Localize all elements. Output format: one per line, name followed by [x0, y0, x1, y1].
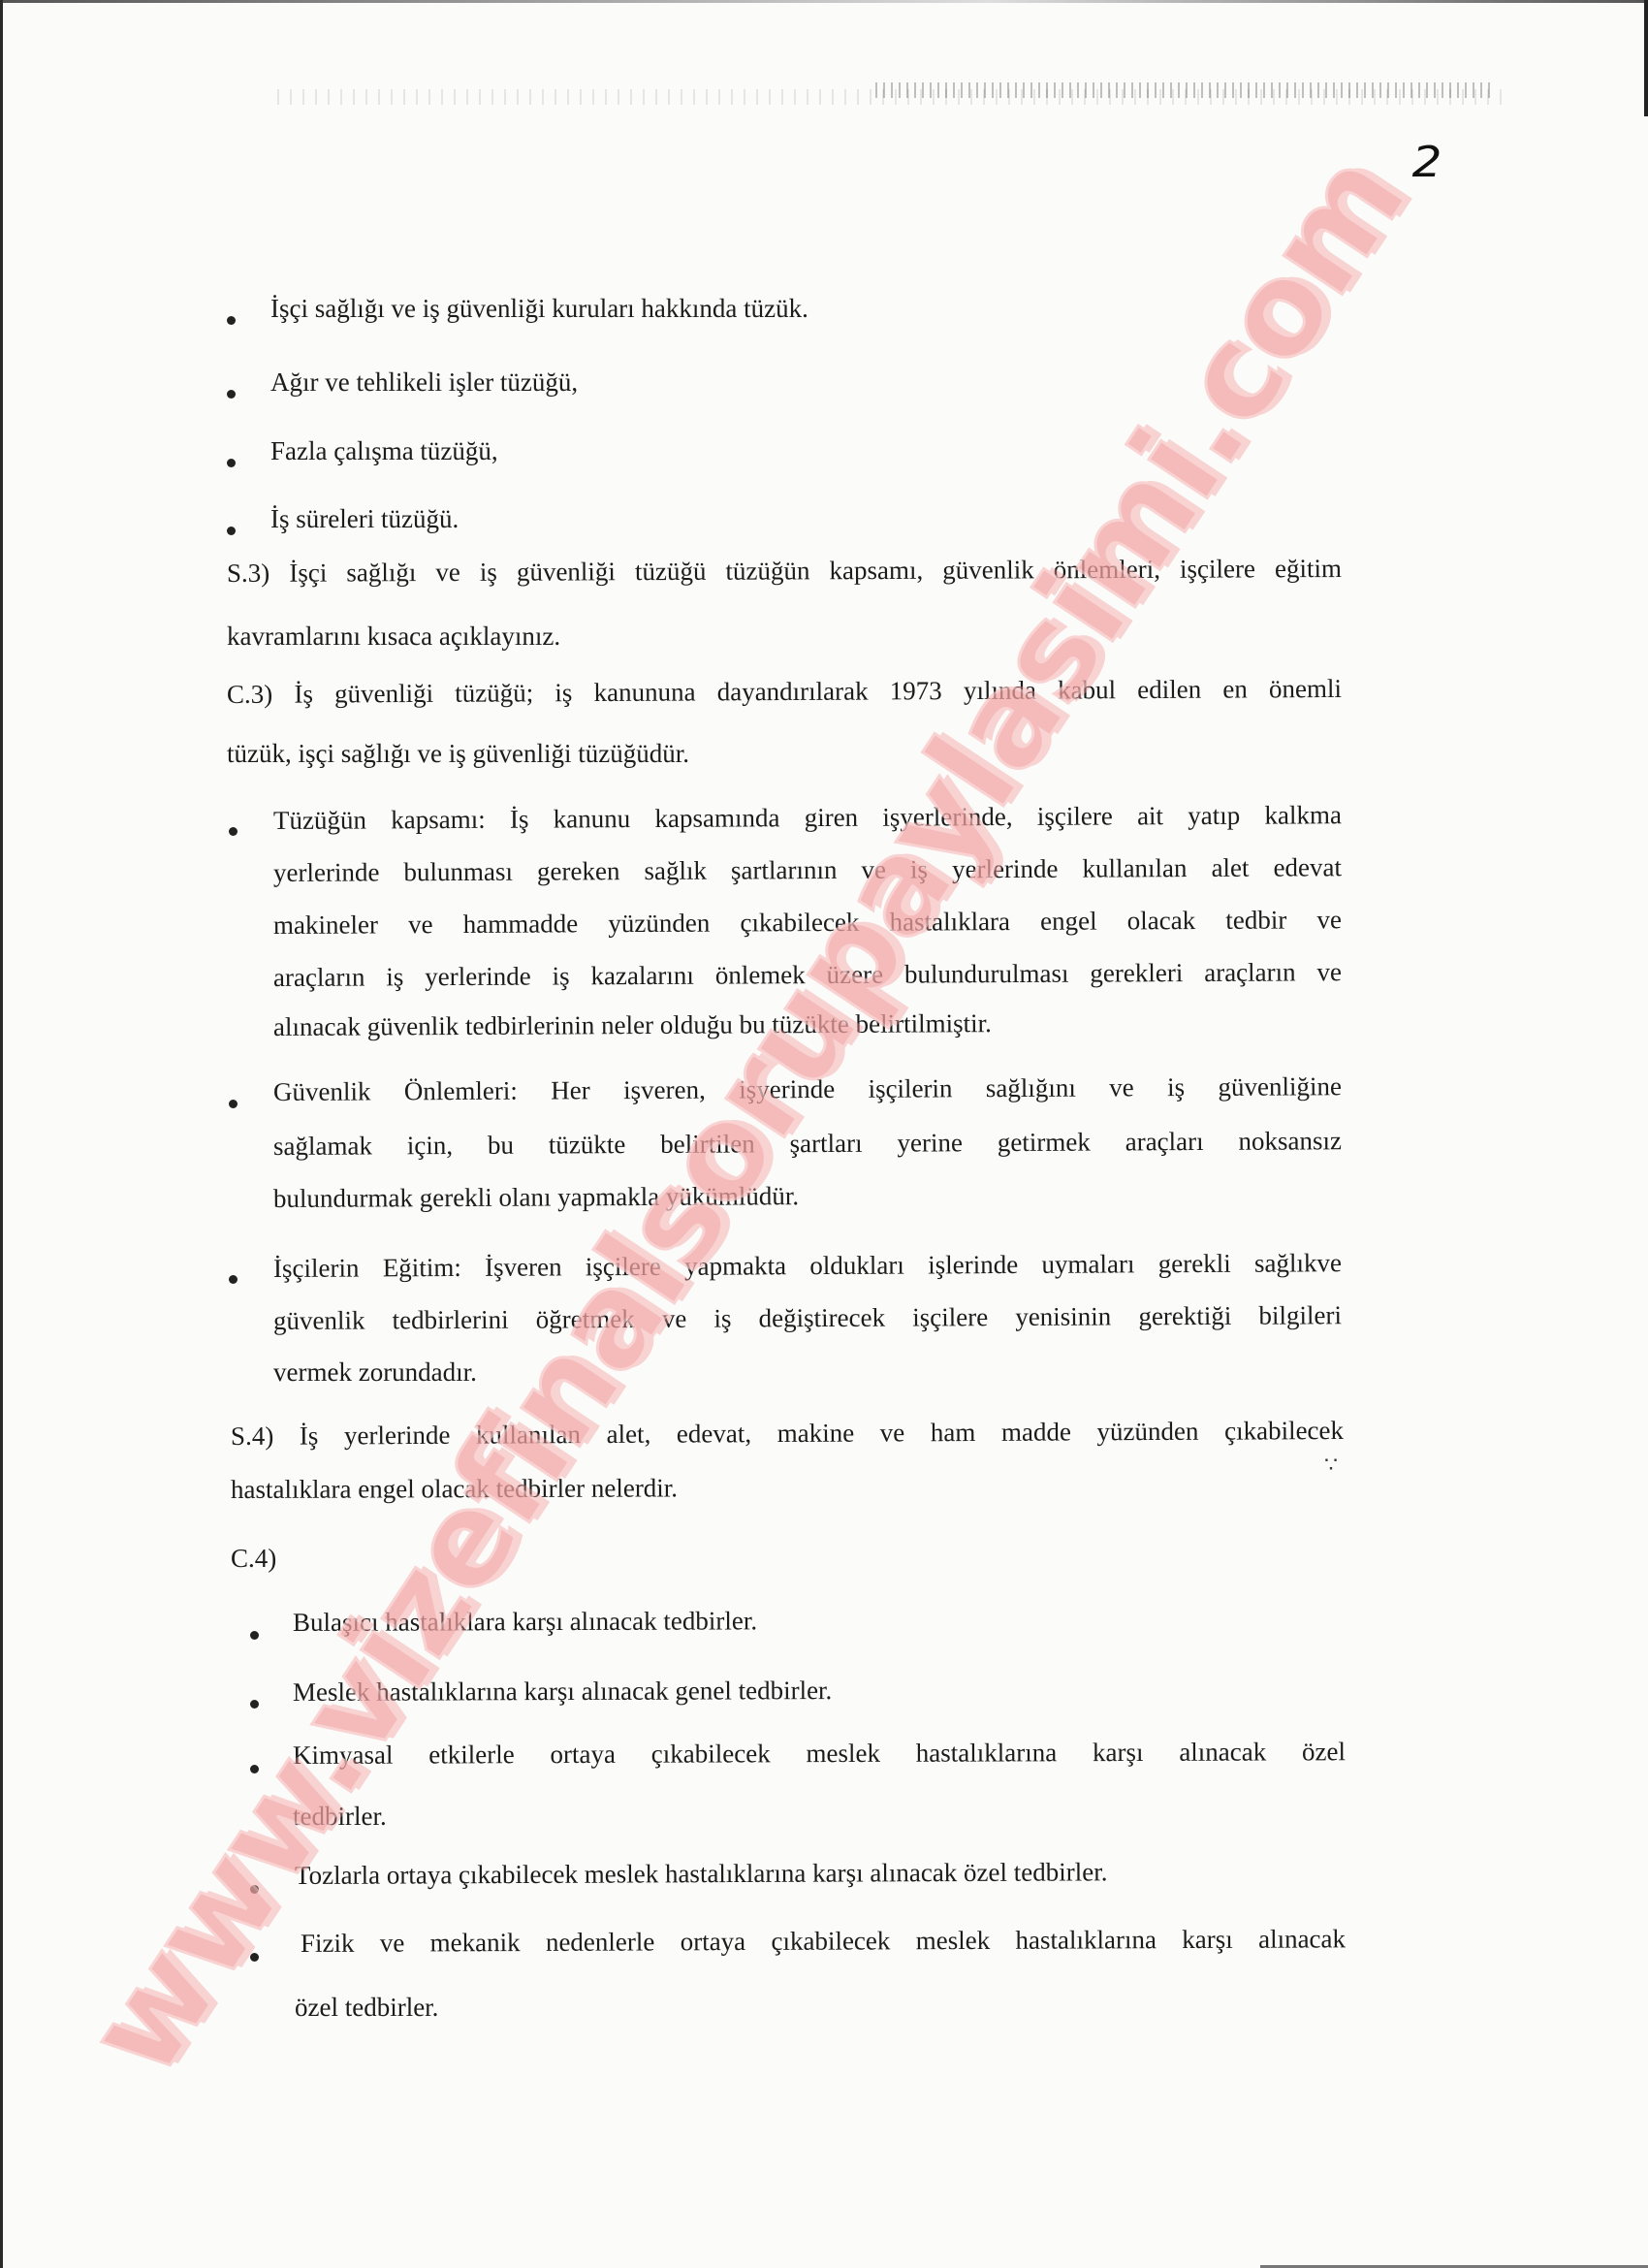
intro-list-item: İşçi sağlığı ve iş güvenliği kuruları ha… [270, 293, 808, 324]
bullet-dot [227, 316, 236, 325]
bullet-dot [227, 459, 236, 467]
answer-4-list-item: tedbirler. [293, 1801, 387, 1832]
bullet-text-line: İşçilerin Eğitim: İşveren işçilere yapma… [273, 1247, 1342, 1284]
bullet-dot [250, 1953, 259, 1962]
handwritten-page-number: 2 [1412, 138, 1442, 187]
intro-list-item: İş süreleri tüzüğü. [270, 503, 459, 534]
bullet-dot [227, 527, 236, 535]
question-3-text-line: kavramlarını kısaca açıklayınız. [227, 621, 560, 652]
bullet-text-line: bulundurmak gerekli olanı yapmakla yüküm… [273, 1180, 799, 1214]
bullet-dot [250, 1765, 259, 1773]
bullet-text-line: yerlerinde bulunması gereken sağlık şart… [273, 851, 1342, 888]
answer-3-text-line: C.3) İş güvenliği tüzüğü; iş kanununa da… [227, 673, 1342, 710]
faded-header-artifact-dark [872, 82, 1493, 98]
answer-4-label: C.4) [231, 1543, 276, 1574]
bullet-dot [229, 1100, 238, 1108]
bullet-text-line: Güvenlik Önlemleri: Her işveren, işyerin… [273, 1070, 1342, 1107]
answer-4-list-item: özel tedbirler. [295, 1992, 438, 2023]
bullet-text-line: güvenlik tedbirlerini öğretmek ve iş değ… [273, 1299, 1342, 1336]
answer-3-text-line: tüzük, işçi sağlığı ve iş güvenliği tüzü… [227, 738, 689, 769]
answer-4-list-item: Fizik ve mekanik nedenlerle ortaya çıkab… [301, 1923, 1346, 1959]
question-4-text-line: S.4) İş yerlerinde kullanılan alet, edev… [231, 1415, 1344, 1452]
bullet-text-line: alınacak güvenlik tedbirlerinin neler ol… [273, 1007, 992, 1042]
bullet-dot [250, 1885, 259, 1894]
bullet-text-line: makineler ve hammadde yüzünden çıkabilec… [273, 904, 1342, 941]
bullet-dot [250, 1700, 259, 1709]
scan-edge-left [0, 0, 3, 2268]
bullet-dot [227, 390, 236, 399]
answer-4-list-item: Bulaşıcı hastalıklara karşı alınacak ted… [293, 1605, 757, 1638]
bullet-dot [250, 1631, 259, 1640]
question-4-text-line: hastalıklara engel olacak tedbirler nele… [231, 1472, 678, 1505]
bullet-text-line: araçların iş yerlerinde iş kazalarını ön… [273, 956, 1342, 993]
stray-scan-mark: ∵ [1324, 1453, 1338, 1478]
scan-edge-right [1644, 0, 1648, 116]
website-watermark: www.vizefinalsorupaylasimi.com [59, 129, 1435, 2101]
question-3-text-line: S.3) İşçi sağlığı ve iş güvenliği tüzüğü… [227, 553, 1342, 589]
bullet-text-line: vermek zorundadır. [273, 1357, 477, 1388]
answer-4-list-item: Kimyasal etkilerle ortaya çıkabilecek me… [293, 1736, 1346, 1771]
scan-edge-top [0, 0, 1648, 3]
bullet-dot [229, 1275, 238, 1284]
intro-list-item: Fazla çalışma tüzüğü, [270, 435, 498, 466]
intro-list-item: Ağır ve tehlikeli işler tüzüğü, [270, 367, 578, 398]
bullet-text-line: Tüzüğün kapsamı: İş kanunu kapsamında gi… [273, 799, 1342, 836]
bullet-dot [229, 827, 238, 836]
bullet-text-line: sağlamak için, bu tüzükte belirtilen şar… [273, 1125, 1342, 1162]
answer-4-list-item: Meslek hastalıklarına karşı alınacak gen… [293, 1675, 832, 1708]
answer-4-list-item: Tozlarla ortaya çıkabilecek meslek hasta… [295, 1856, 1108, 1891]
